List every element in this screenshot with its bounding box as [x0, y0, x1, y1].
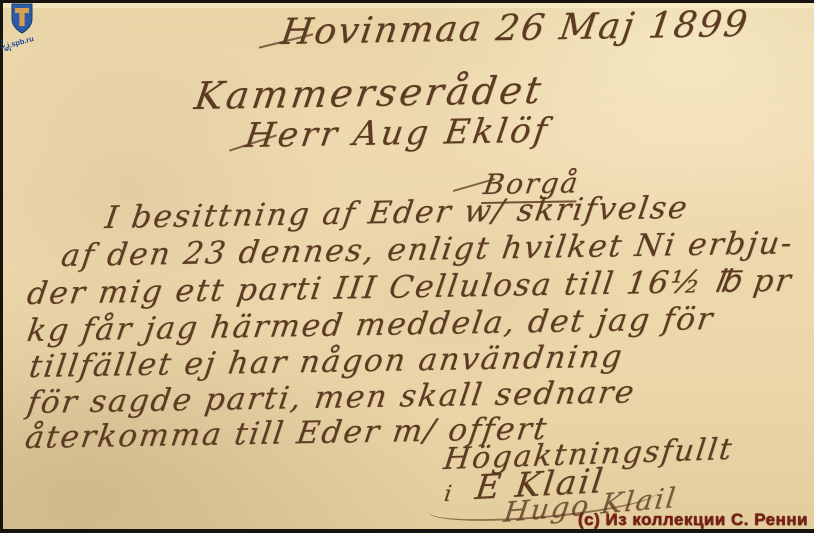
recipient-title: Kammerserådet [192, 68, 547, 118]
terijoki-watermark-logo: terijoki i.spb.ru [1, 1, 43, 51]
scan-edge-left [0, 0, 3, 533]
collection-copyright: (с) Из коллекции С. Ренни [578, 510, 808, 530]
watermark-text-bottom: i.spb.ru [6, 34, 35, 50]
svg-text:i.spb.ru: i.spb.ru [6, 34, 35, 50]
letter-dateline: Hovinmaa 26 Maj 1899 [278, 4, 751, 53]
recipient-name: Herr Aug Eklöf [242, 111, 552, 156]
